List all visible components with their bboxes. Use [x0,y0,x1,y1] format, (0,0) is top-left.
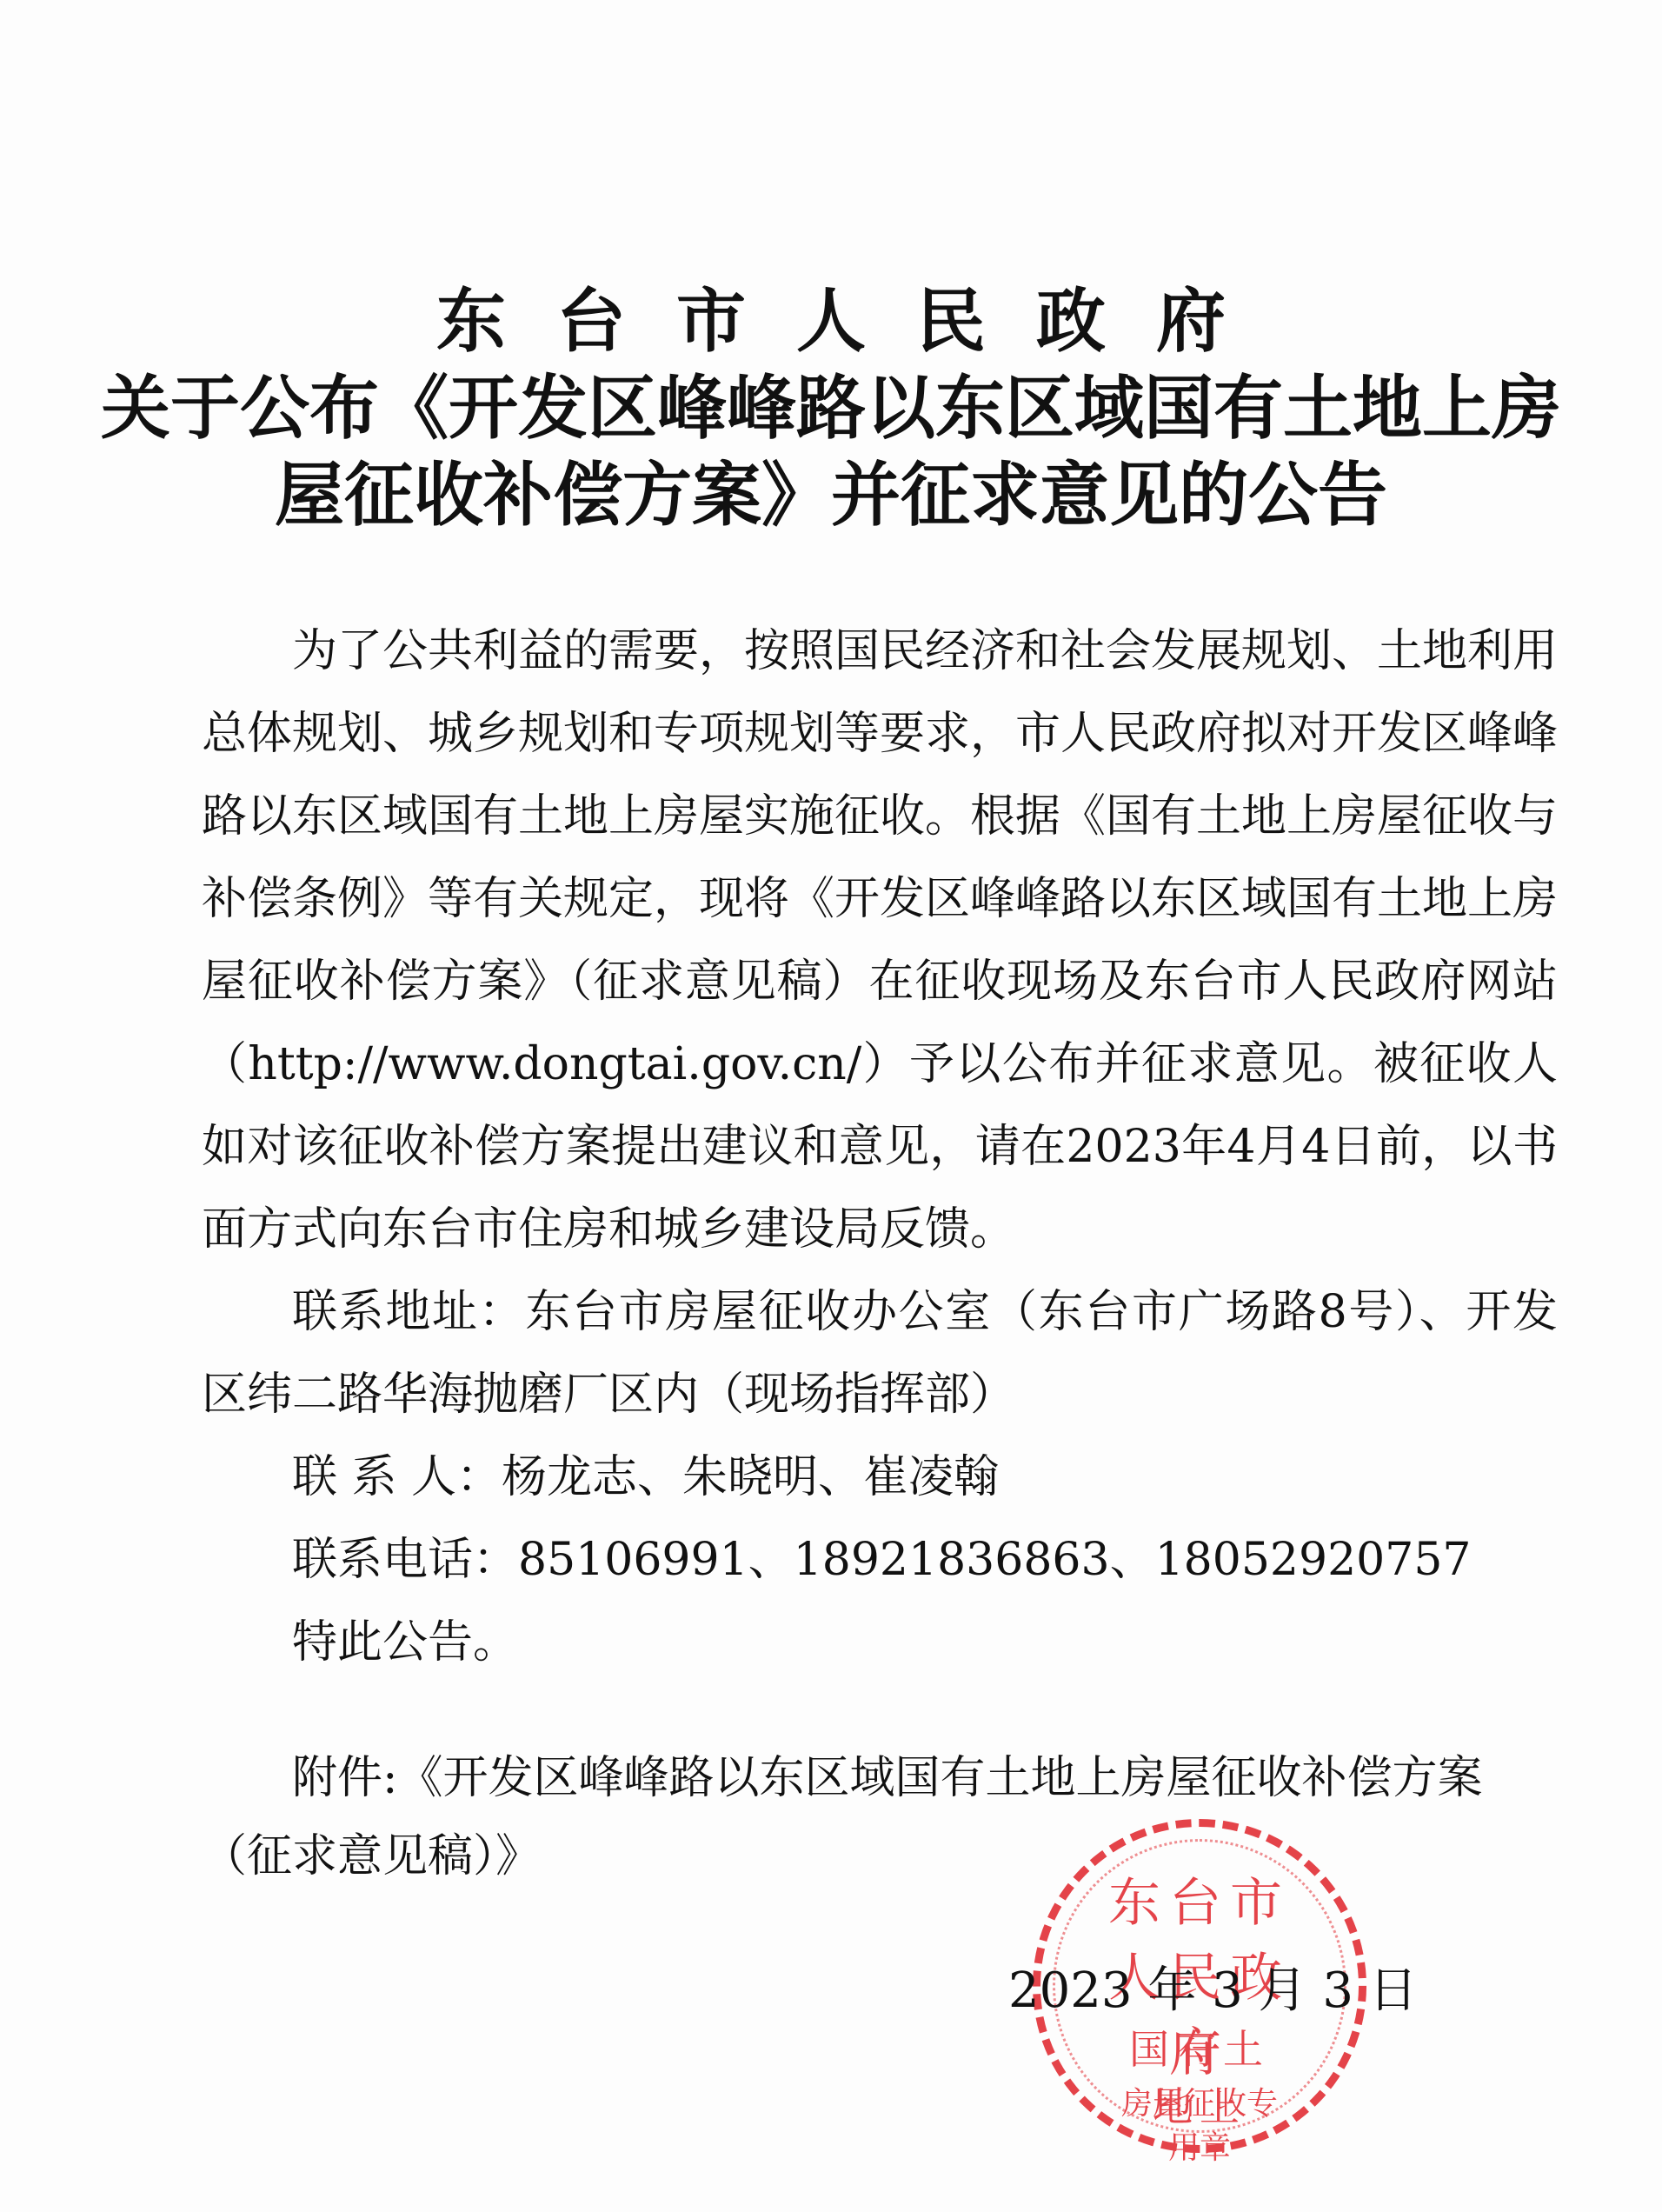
main-paragraph: 为了公共利益的需要，按照国民经济和社会发展规划、土地利用总体规划、城乡规划和专项… [202,610,1558,1271]
contact-person: 联 系 人：杨龙志、朱晓明、崔凌翰 [202,1436,1558,1519]
contact-phone: 联系电话：85106991、18921836863、18052920757 [202,1519,1558,1602]
document-page: 东台市人民政府 关于公布《开发区峰峰路以东区域国有土地上房 屋征收补偿方案》并征… [0,0,1662,2212]
document-body: 为了公共利益的需要，按照国民经济和社会发展规划、土地利用总体规划、城乡规划和专项… [202,610,1558,1684]
contact-address: 联系地址：东台市房屋征收办公室（东台市广场路8号）、开发区纬二路华海抛磨厂区内（… [202,1271,1558,1436]
issuer-title: 东台市人民政府 [0,278,1662,365]
title-line: 关于公布《开发区峰峰路以东区域国有土地上房 [0,365,1662,452]
seal-bottom-text: 房屋征收专用章 [1119,2079,1280,2168]
issue-date: 2023 年 3 月 3 日 [1008,1965,1418,2017]
closing-remark: 特此公告。 [202,1602,1558,1684]
attachment-text: 附件:《开发区峰峰路以东区域国有土地上房屋征收补偿方案（征求意见稿）》 [202,1739,1558,1896]
attachment-section: 附件:《开发区峰峰路以东区域国有土地上房屋征收补偿方案（征求意见稿）》 [202,1739,1558,1896]
document-title: 东台市人民政府 关于公布《开发区峰峰路以东区域国有土地上房 屋征收补偿方案》并征… [0,278,1662,539]
title-line: 屋征收补偿方案》并征求意见的公告 [0,452,1662,539]
